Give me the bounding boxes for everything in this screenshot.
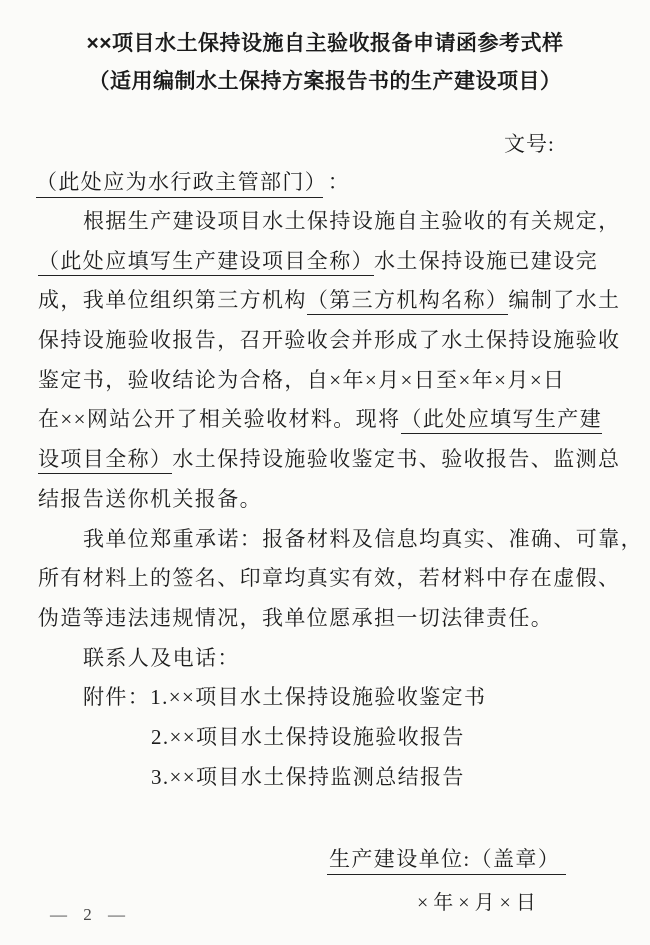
body-text: 编制了水土	[508, 288, 620, 312]
body-text: 在××网站公开了相关验收材料。现将	[38, 407, 401, 431]
scanned-document-page: ××项目水土保持设施自主验收报备申请函参考式样 （适用编制水土保持方案报告书的生…	[0, 0, 650, 945]
salutation: （此处应为水行政主管部门）：	[36, 169, 350, 196]
fill-in-blank: （此处应填写生产建设项目全称）	[38, 249, 374, 276]
body-line: 在××网站公开了相关验收材料。现将（此处应填写生产建	[38, 400, 612, 440]
body-text: 附件：1.××项目水土保持设施验收鉴定书	[83, 685, 486, 709]
body-text: 保持设施验收报告，召开验收会并形成了水土保持设施验收	[38, 328, 620, 352]
body-line: （此处应填写生产建设项目全称）水土保持设施已建设完	[38, 242, 612, 282]
body-line: 联系人及电话：	[38, 639, 612, 679]
body-line: 保持设施验收报告，召开验收会并形成了水土保持设施验收	[38, 321, 612, 361]
body-line: 3.××项目水土保持监测总结报告	[38, 758, 612, 798]
body-line: 所有材料上的签名、印章均真实有效，若材料中存在虚假、	[38, 559, 612, 599]
body-text: 3.××项目水土保持监测总结报告	[151, 765, 465, 789]
page-number: — 2 —	[50, 905, 131, 925]
doc-number-label: 文号:	[504, 128, 555, 158]
body-line: 结报告送你机关报备。	[38, 480, 612, 520]
body-text: 联系人及电话：	[83, 646, 240, 670]
salutation-blank: （此处应为水行政主管部门）	[36, 170, 323, 198]
body-line: 设项目全称）水土保持设施验收鉴定书、验收报告、监测总	[38, 440, 612, 480]
fill-in-blank: 设项目全称）	[38, 447, 172, 474]
body-line: 2.××项目水土保持设施验收报告	[38, 718, 612, 758]
body-line: 成，我单位组织第三方机构（第三方机构名称）编制了水土	[38, 281, 612, 321]
body-line: 我单位郑重承诺：报备材料及信息均真实、准确、可靠，	[38, 520, 612, 560]
body-line: 鉴定书，验收结论为合格，自×年×月×日至×年×月×日	[38, 361, 612, 401]
body-text: 伪造等违法违规情况，我单位愿承担一切法律责任。	[38, 606, 553, 630]
body-text: 鉴定书，验收结论为合格，自×年×月×日至×年×月×日	[38, 368, 565, 392]
document-title: ××项目水土保持设施自主验收报备申请函参考式样	[0, 31, 650, 57]
body-text: 成，我单位组织第三方机构	[38, 288, 307, 312]
signature-seal-label: 生产建设单位:（盖章）	[327, 847, 566, 875]
body-text: 水土保持设施验收鉴定书、验收报告、监测总	[172, 447, 620, 471]
body-line: 附件：1.××项目水土保持设施验收鉴定书	[38, 678, 612, 718]
body-text: 2.××项目水土保持设施验收报告	[151, 725, 465, 749]
fill-in-blank: （第三方机构名称）	[307, 288, 509, 315]
body-text-block: 根据生产建设项目水土保持设施自主验收的有关规定，（此处应填写生产建设项目全称）水…	[38, 202, 612, 797]
body-text: 结报告送你机关报备。	[38, 487, 262, 511]
body-text: 根据生产建设项目水土保持设施自主验收的有关规定，	[83, 209, 621, 233]
body-text: 我单位郑重承诺：报备材料及信息均真实、准确、可靠，	[83, 527, 643, 551]
body-line: 根据生产建设项目水土保持设施自主验收的有关规定，	[38, 202, 612, 242]
salutation-colon: ：	[328, 170, 350, 194]
body-text: 水土保持设施已建设完	[374, 249, 598, 273]
body-text: 所有材料上的签名、印章均真实有效，若材料中存在虚假、	[38, 566, 620, 590]
body-line: 伪造等违法违规情况，我单位愿承担一切法律责任。	[38, 599, 612, 639]
signature-line: 生产建设单位:（盖章）	[327, 845, 566, 873]
date-line: ×年×月×日	[417, 886, 541, 915]
document-subtitle: （适用编制水土保持方案报告书的生产建设项目）	[0, 69, 650, 95]
fill-in-blank: （此处应填写生产建	[401, 407, 603, 434]
